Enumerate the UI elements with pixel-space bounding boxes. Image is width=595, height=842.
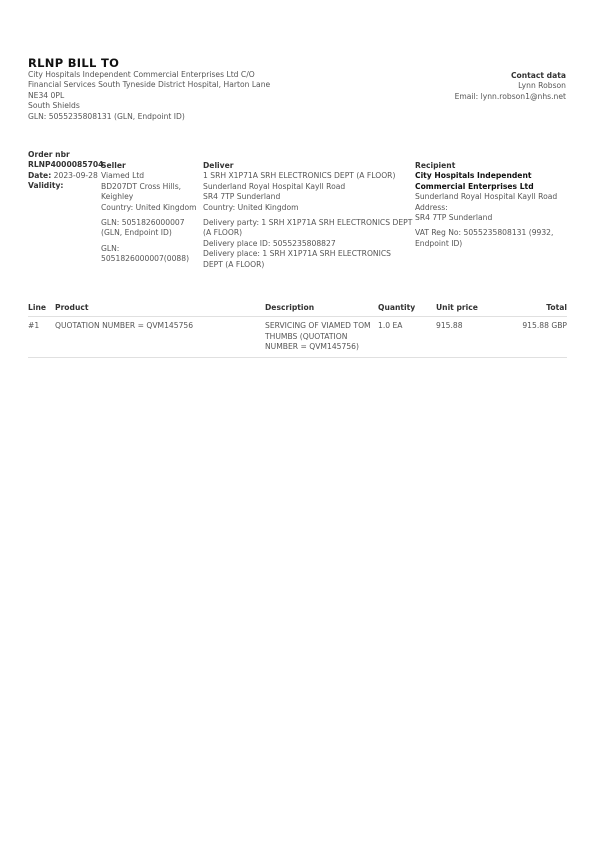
deliver-country: Country: United Kingdom [203, 203, 413, 213]
contact-heading: Contact data [455, 71, 566, 81]
bill-to-line: South Shields [28, 101, 318, 111]
order-date-label: Date: [28, 171, 51, 180]
seller-gln: GLN: 5051826000007 (GLN, Endpoint ID) [101, 218, 199, 239]
order-date: 2023-09-28 [54, 171, 98, 180]
recipient-address-label: Address: [415, 203, 575, 213]
order-lines-table: Line Product Description Quantity Unit p… [28, 303, 567, 358]
contact-email: Email: lynn.robson1@nhs.net [455, 92, 566, 102]
column-header-unit-price: Unit price [436, 303, 506, 317]
bill-to-address: City Hospitals Independent Commercial En… [28, 70, 318, 122]
delivery-place: Delivery place: 1 SRH X1P71A SRH ELECTRO… [203, 249, 413, 270]
column-header-product: Product [55, 303, 265, 317]
cell-quantity: 1.0 EA [378, 317, 436, 357]
table-row: #1 QUOTATION NUMBER = QVM145756 SERVICIN… [28, 317, 567, 357]
contact-block: Contact data Lynn Robson Email: lynn.rob… [455, 71, 566, 102]
recipient-street: Sunderland Royal Hospital Kayll Road [415, 192, 575, 202]
column-header-total: Total [506, 303, 567, 317]
order-number-label: Order nbr [28, 150, 118, 160]
cell-description: SERVICING OF VIAMED TOM THUMBS (QUOTATIO… [265, 317, 378, 357]
table-header-row: Line Product Description Quantity Unit p… [28, 303, 567, 317]
recipient-vat: VAT Reg No: 5055235808131 (9932, Endpoin… [415, 228, 575, 249]
column-header-description: Description [265, 303, 378, 317]
seller-gln-secondary: GLN: 5051826000007(0088) [101, 244, 199, 265]
order-validity-label: Validity: [28, 181, 63, 190]
column-header-line: Line [28, 303, 55, 317]
contact-name: Lynn Robson [455, 81, 566, 91]
deliver-line: 1 SRH X1P71A SRH ELECTRONICS DEPT (A FLO… [203, 171, 413, 181]
cell-line: #1 [28, 317, 55, 357]
bill-to-line: City Hospitals Independent Commercial En… [28, 70, 318, 80]
bill-to-line: Financial Services South Tyneside Distri… [28, 80, 318, 90]
recipient-heading: Recipient [415, 161, 575, 171]
deliver-heading: Deliver [203, 161, 413, 171]
seller-block: Seller Viamed Ltd BD207DT Cross Hills, K… [101, 161, 199, 265]
delivery-party: Delivery party: 1 SRH X1P71A SRH ELECTRO… [203, 218, 413, 239]
recipient-block: Recipient City Hospitals Independent Com… [415, 161, 575, 249]
deliver-block: Deliver 1 SRH X1P71A SRH ELECTRONICS DEP… [203, 161, 413, 270]
delivery-place-id: Delivery place ID: 5055235808827 [203, 239, 413, 249]
cell-total: 915.88 GBP [506, 317, 567, 357]
recipient-city: SR4 7TP Sunderland [415, 213, 575, 223]
deliver-line: Sunderland Royal Hospital Kayll Road [203, 182, 413, 192]
seller-address: BD207DT Cross Hills, Keighley [101, 182, 199, 203]
cell-product: QUOTATION NUMBER = QVM145756 [55, 317, 265, 357]
column-header-quantity: Quantity [378, 303, 436, 317]
seller-name: Viamed Ltd [101, 171, 199, 181]
document-title: RLNP BILL TO [28, 56, 119, 70]
bill-to-line: NE34 0PL [28, 91, 318, 101]
cell-unit-price: 915.88 [436, 317, 506, 357]
deliver-line: SR4 7TP Sunderland [203, 192, 413, 202]
bill-to-line: GLN: 5055235808131 (GLN, Endpoint ID) [28, 112, 318, 122]
seller-country: Country: United Kingdom [101, 203, 199, 213]
seller-heading: Seller [101, 161, 199, 171]
recipient-name: City Hospitals Independent Commercial En… [415, 171, 575, 192]
